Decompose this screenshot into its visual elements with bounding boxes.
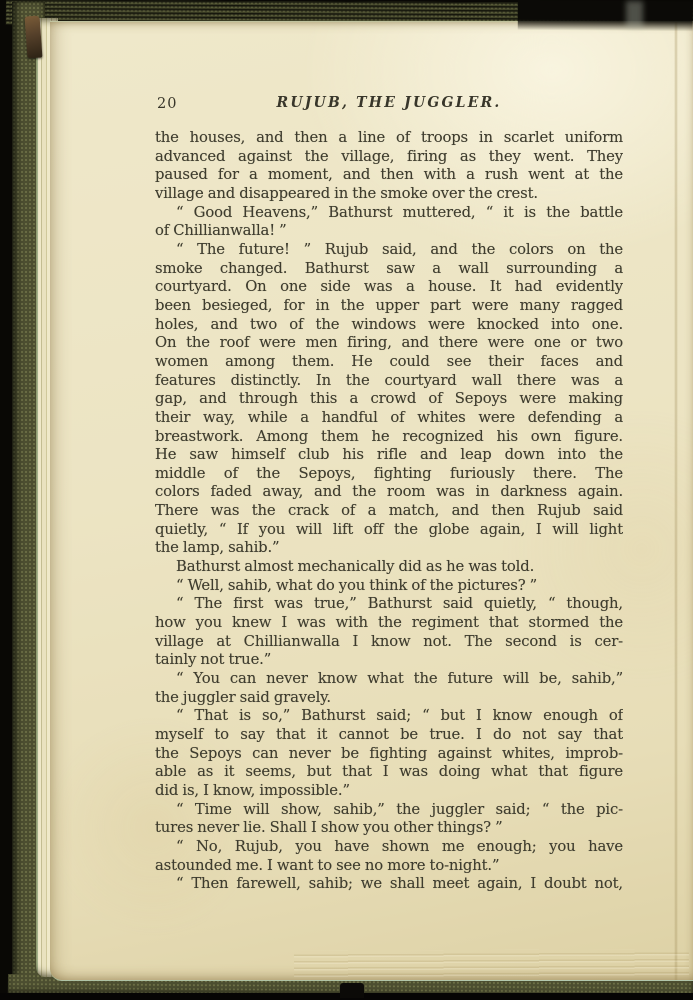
text-line: “ That is so,” Bathurst said; “ but I kn…: [155, 707, 623, 726]
text-line: holes, and two of the windows were knock…: [155, 316, 623, 335]
body-text: the houses, and then a line of troops in…: [155, 129, 623, 894]
text-line: “ Time will show, sahib,” the juggler sa…: [155, 801, 623, 820]
text-line: features distinctly. In the courtyard wa…: [155, 372, 623, 391]
text-line: “ Good Heavens,” Bathurst muttered, “ it…: [155, 204, 623, 223]
text-line: the houses, and then a line of troops in…: [155, 129, 623, 148]
text-line: colors faded away, and the room was in d…: [155, 483, 623, 502]
cover-wear-detail: [25, 16, 43, 59]
text-line: been besieged, for in the upper part wer…: [155, 297, 623, 316]
text-line: did is, I know, impossible.”: [155, 782, 623, 801]
text-line: village and disappeared in the smoke ove…: [155, 185, 623, 204]
text-line: “ The future! ” Rujub said, and the colo…: [155, 241, 623, 260]
text-line: quietly, “ If you will lift off the glob…: [155, 521, 623, 540]
text-line: tainly not true.”: [155, 651, 623, 670]
text-line: village at Chillianwalla I know not. The…: [155, 633, 623, 652]
smudge-mark: [626, 1, 643, 28]
text-line: “ Then farewell, sahib; we shall meet ag…: [155, 875, 623, 894]
text-line: “ No, Rujub, you have shown me enough; y…: [155, 838, 623, 857]
text-line: women among them. He could see their fac…: [155, 353, 623, 372]
text-line: courtyard. On one side was a house. It h…: [155, 278, 623, 297]
text-line: paused for a moment, and then with a rus…: [155, 166, 623, 185]
text-line: how you knew I was with the regiment tha…: [155, 614, 623, 633]
text-line: the lamp, sahib.”: [155, 539, 623, 558]
text-line: myself to say that it cannot be true. I …: [155, 726, 623, 745]
cover-gap-detail: [340, 983, 364, 998]
text-line: “ The first was true,” Bathurst said qui…: [155, 595, 623, 614]
text-line: smoke changed. Bathurst saw a wall surro…: [155, 260, 623, 279]
text-line: their way, while a handful of whites wer…: [155, 409, 623, 428]
running-header: RUJUB, THE JUGGLER.: [155, 95, 623, 112]
book-page: 20 RUJUB, THE JUGGLER. the houses, and t…: [50, 21, 693, 981]
text-line: gap, and through this a crowd of Sepoys …: [155, 390, 623, 409]
text-line: advanced against the village, firing as …: [155, 148, 623, 167]
text-line: “ Well, sahib, what do you think of the …: [155, 577, 623, 596]
page-crease: [674, 22, 678, 980]
scanned-book-photo: 20 RUJUB, THE JUGGLER. the houses, and t…: [0, 0, 693, 1000]
text-line: the Sepoys can never be fighting against…: [155, 745, 623, 764]
text-line: tures never lie. Shall I show you other …: [155, 819, 623, 838]
text-line: middle of the Sepoys, fighting furiously…: [155, 465, 623, 484]
text-line: Bathurst almost mechanically did as he w…: [155, 558, 623, 577]
text-line: of Chillianwalla! ”: [155, 222, 623, 241]
text-line: He saw himself club his rifle and leap d…: [155, 446, 623, 465]
text-line: astounded me. I want to see no more to-n…: [155, 857, 623, 876]
text-line: On the roof were men firing, and there w…: [155, 334, 623, 353]
page-header: 20 RUJUB, THE JUGGLER.: [155, 95, 623, 115]
text-line: the juggler said gravely.: [155, 689, 623, 708]
page-bottom-edges: [294, 949, 689, 979]
text-line: There was the crack of a match, and then…: [155, 502, 623, 521]
text-line: “ You can never know what the future wil…: [155, 670, 623, 689]
shadow-top-right: [518, 0, 693, 32]
text-line: able as it seems, but that I was doing w…: [155, 763, 623, 782]
text-line: breastwork. Among them he recognized his…: [155, 428, 623, 447]
